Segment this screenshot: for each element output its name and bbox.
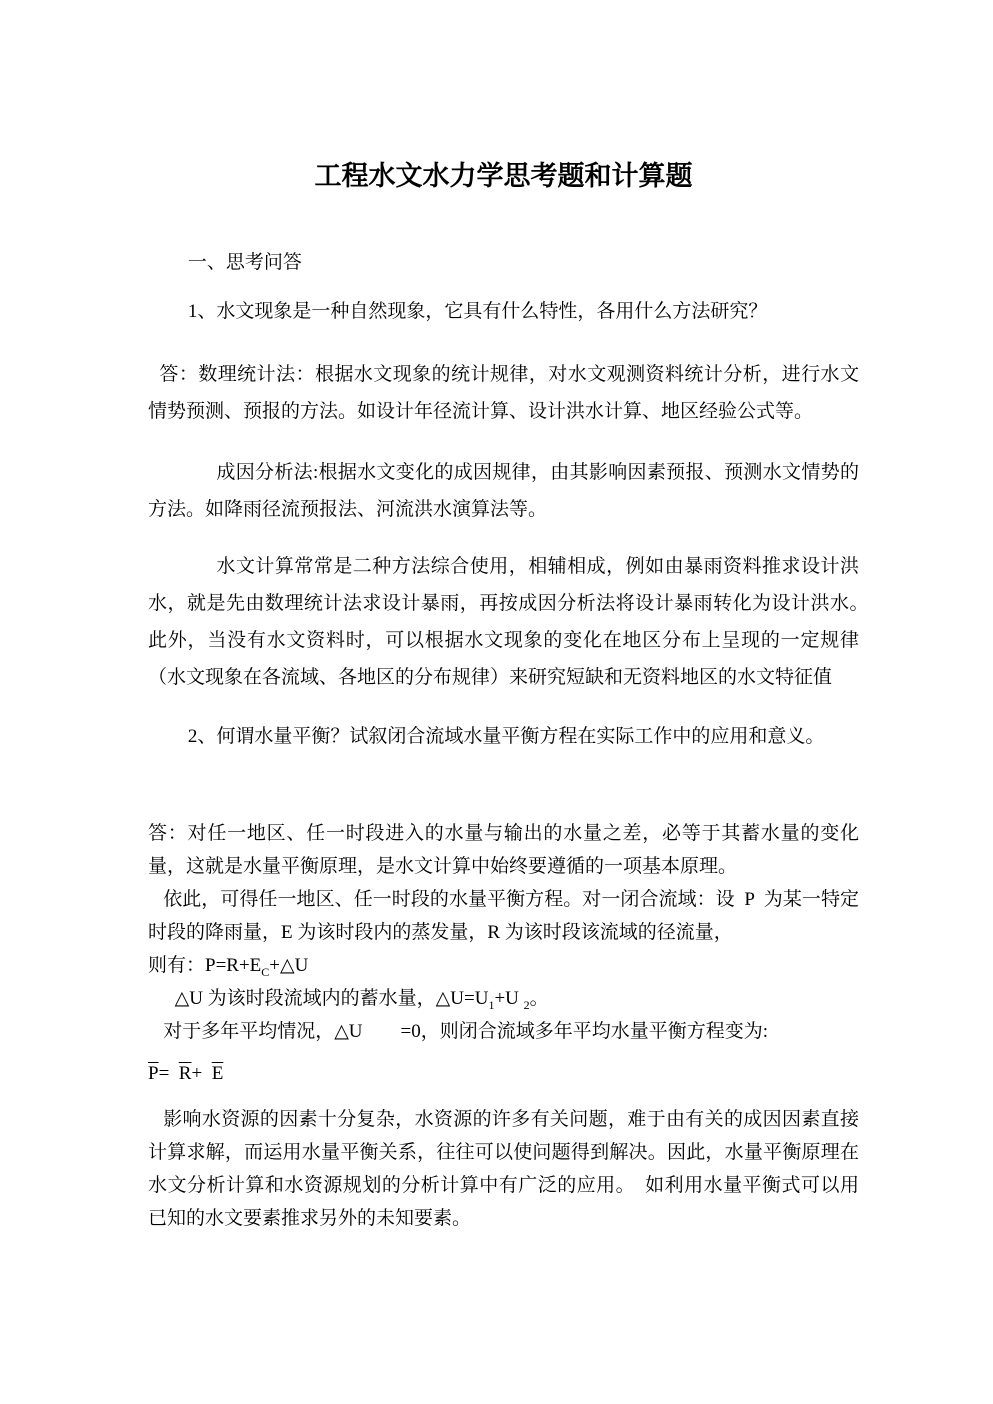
storage-text-3: 。 xyxy=(530,988,549,1009)
storage-definition-line: △U 为该时段流域内的蓄水量，△U=U1+U 2。 xyxy=(148,982,859,1015)
answer1-paragraph-3: 水文计算常常是二种方法综合使用，相辅相成，例如由暴雨资料推求设计洪水，就是先由数… xyxy=(148,548,859,696)
storage-text-2: +U xyxy=(494,988,523,1009)
p-overbar: P xyxy=(148,1063,159,1084)
equation-prefix: 则有：P=R+E xyxy=(148,955,261,976)
section-heading: 一、思考问答 xyxy=(148,244,859,281)
answer2-paragraph-4: 影响水资源的因素十分复杂，水资源的许多有关问题，难于由有关的成因因素直接计算求解… xyxy=(148,1103,859,1235)
page: 工程水文水力学思考题和计算题 一、思考问答 1、水文现象是一种自然现象，它具有什… xyxy=(0,0,993,1404)
plus-sign: + xyxy=(191,1063,211,1084)
r-overbar: R xyxy=(179,1063,192,1084)
answer2-paragraph-1: 答：对任一地区、任一时段进入的水量与输出的水量之差，必等于其蓄水量的变化量，这就… xyxy=(148,817,859,883)
storage-text-1: △U 为该时段流域内的蓄水量，△U=U xyxy=(175,988,489,1009)
document-title: 工程水文水力学思考题和计算题 xyxy=(148,158,859,194)
equation-suffix: +△U xyxy=(269,955,308,976)
equals-sign: = xyxy=(159,1063,179,1084)
answer2-paragraph-2: 依此，可得任一地区、任一时段的水量平衡方程。对一闭合流域：设 P 为某一特定时段… xyxy=(148,883,859,949)
answer2-paragraph-3: 对于多年平均情况，△U =0，则闭合流域多年平均水量平衡方程变为: xyxy=(148,1015,859,1048)
question-2: 2、何谓水量平衡？试叙闭合流域水量平衡方程在实际工作中的应用和意义。 xyxy=(148,718,859,755)
answer1-paragraph-1: 答：数理统计法：根据水文现象的统计规律，对水文观测资料统计分析，进行水文情势预测… xyxy=(148,356,859,430)
mean-balance-equation: P= R+ E xyxy=(148,1057,859,1090)
e-overbar: E xyxy=(212,1063,224,1084)
answer1-paragraph-2: 成因分析法:根据水文变化的成因规律，由其影响因素预报、预测水文情势的方法。如降雨… xyxy=(148,454,859,528)
document-page: { "page": { "background_color": "#ffffff… xyxy=(0,0,993,1404)
water-balance-equation: 则有：P=R+EC+△U xyxy=(148,949,859,982)
question-1: 1、水文现象是一种自然现象，它具有什么特性，各用什么方法研究？ xyxy=(148,293,859,330)
